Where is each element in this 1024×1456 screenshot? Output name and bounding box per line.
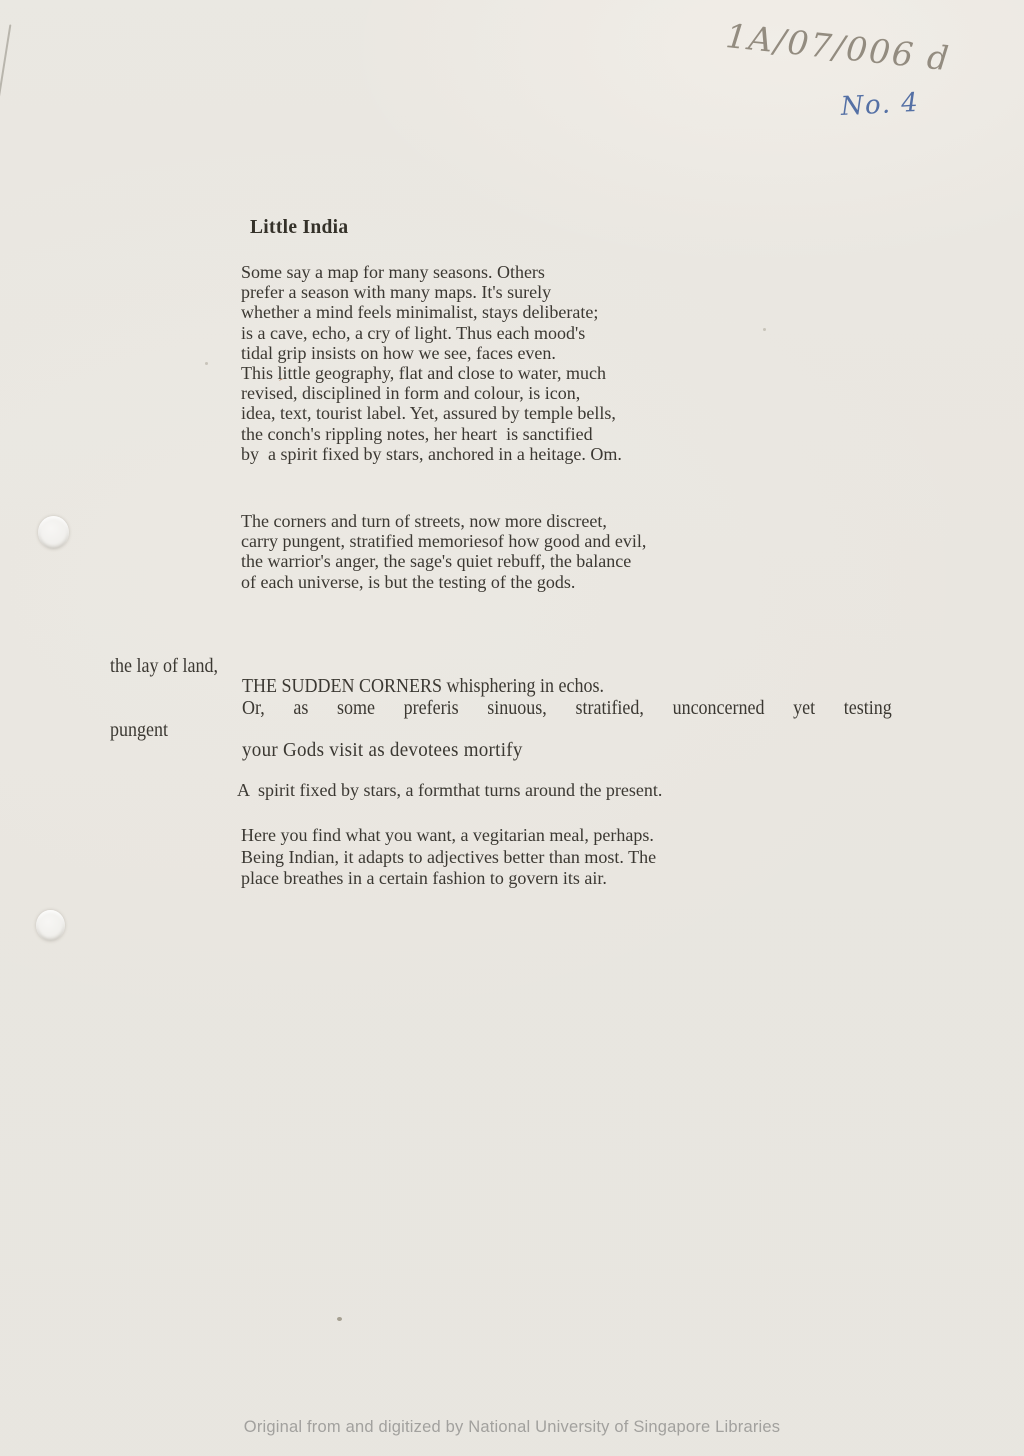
poem-line: carry pungent, stratified memoriesof how… <box>241 531 646 551</box>
poem-line: revised, disciplined in form and colour,… <box>241 383 622 403</box>
poem-line: of each universe, is but the testing of … <box>241 572 646 592</box>
corner-crease <box>0 24 11 105</box>
poem-line: A spirit fixed by stars, a formthat turn… <box>237 780 662 800</box>
stanza-1: Some say a map for many seasons. Others … <box>241 262 622 464</box>
poem-line: Here you find what you want, a vegitaria… <box>241 825 656 847</box>
paper-speck <box>205 362 208 365</box>
poem-line: Being Indian, it adapts to adjectives be… <box>241 847 656 869</box>
poem-line: tidal grip insists on how we see, faces … <box>241 343 622 363</box>
poem-line: Some say a map for many seasons. Others <box>241 262 622 282</box>
margin-note-lay-of-land: the lay of land, <box>110 655 218 677</box>
margin-note-pungent: pungent <box>110 719 168 741</box>
scan-footer-credit: Original from and digitized by National … <box>0 1418 1024 1437</box>
poem-line: is a cave, echo, a cry of light. Thus ea… <box>241 323 622 343</box>
poem-line: your Gods visit as devotees mortify <box>242 739 523 761</box>
poem-line: prefer a season with many maps. It's sur… <box>241 282 622 302</box>
poem-line: the warrior's anger, the sage's quiet re… <box>241 551 646 571</box>
poem-line: This little geography, flat and close to… <box>241 363 622 383</box>
stanza-5: Here you find what you want, a vegitaria… <box>241 825 656 890</box>
punch-hole <box>36 910 65 941</box>
poem-line-caps: THE SUDDEN CORNERS whisphering in echos. <box>242 675 604 697</box>
poem-line: idea, text, tourist label. Yet, assured … <box>241 403 622 423</box>
paper-speck <box>337 1317 342 1321</box>
poem-line: place breathes in a certain fashion to g… <box>241 868 656 890</box>
stanza-4: A spirit fixed by stars, a formthat turn… <box>237 780 662 800</box>
punch-hole <box>38 516 69 549</box>
paper-speck <box>763 328 766 331</box>
scanned-poem-page: 1A/07/006 d No. 4 Little India Some say … <box>0 0 1024 1456</box>
stanza-2: The corners and turn of streets, now mor… <box>241 511 646 592</box>
handwritten-page-number: No. 4 <box>840 88 920 122</box>
poem-title: Little India <box>250 217 348 239</box>
handwritten-reference-number: 1A/07/006 d <box>724 16 952 78</box>
poem-line-justified: Or, as some preferis sinuous, stratified… <box>242 697 892 719</box>
poem-line: by a spirit fixed by stars, anchored in … <box>241 444 622 464</box>
poem-line: whether a mind feels minimalist, stays d… <box>241 302 622 322</box>
poem-line: the conch's rippling notes, her heart is… <box>241 424 622 444</box>
poem-line: The corners and turn of streets, now mor… <box>241 511 646 531</box>
